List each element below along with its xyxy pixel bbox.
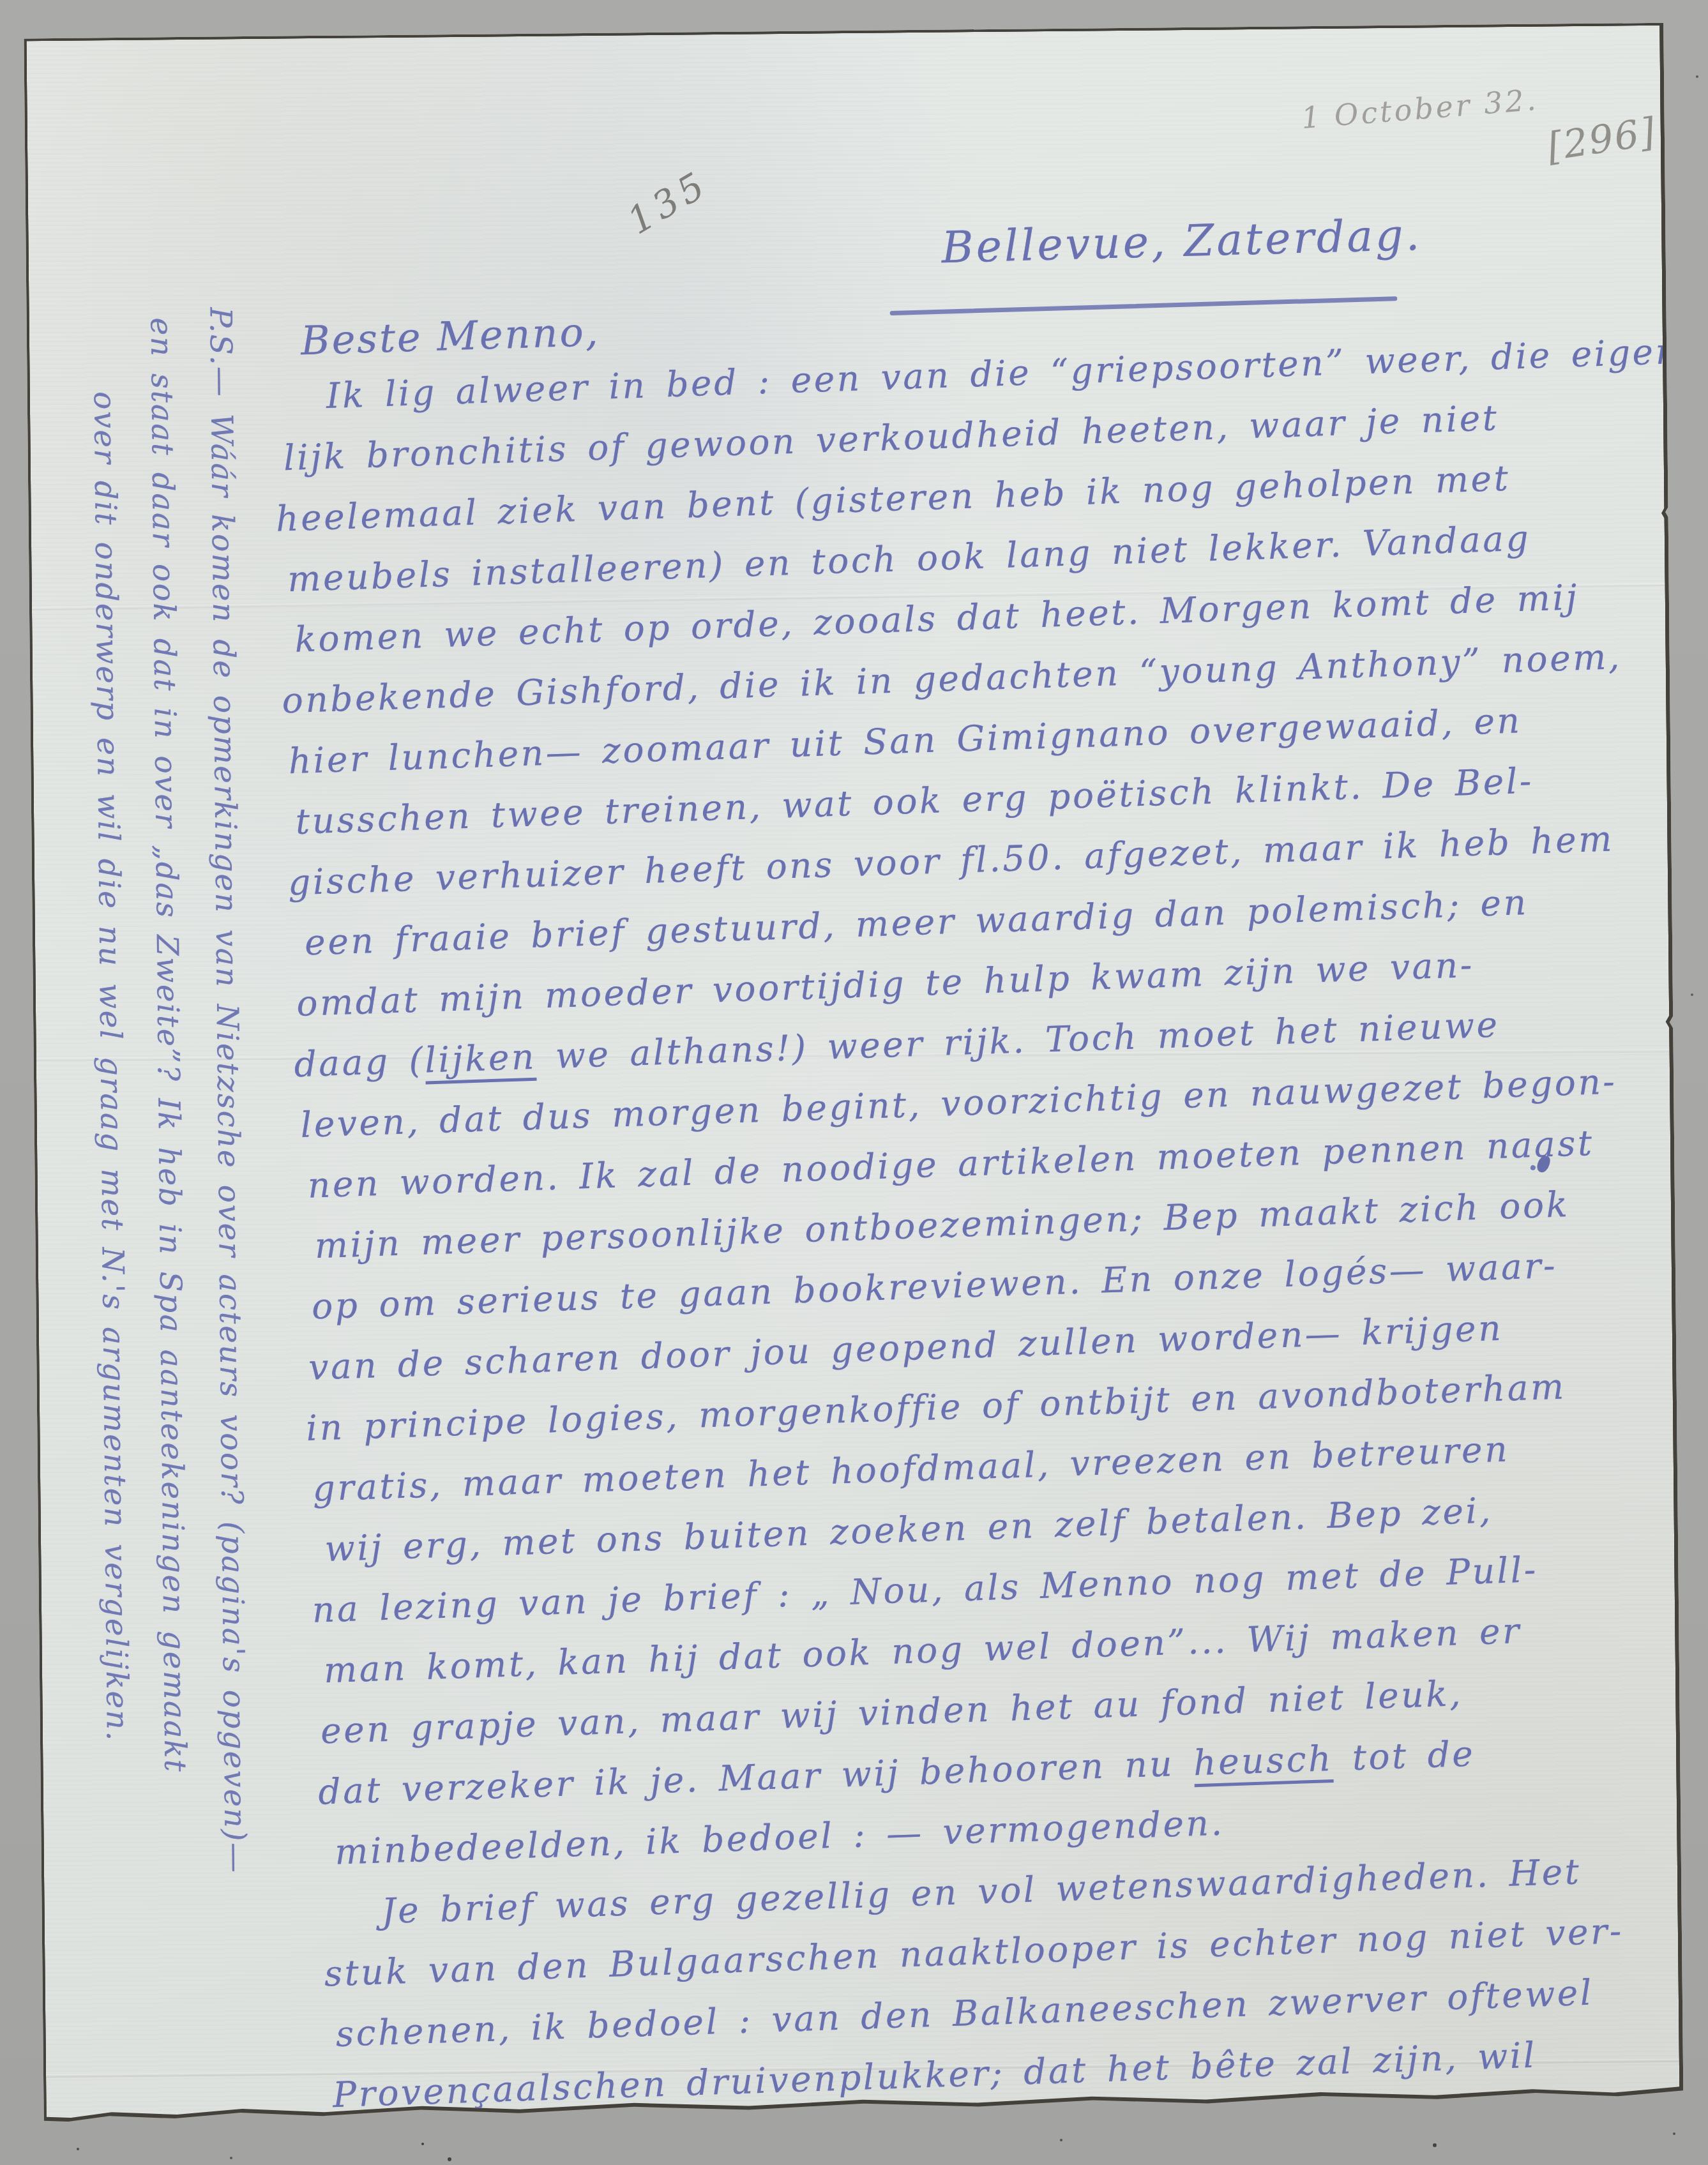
- underlined-word: lijken: [424, 1036, 537, 1085]
- pencil-archive-number: [296]: [1545, 109, 1659, 170]
- scan-dust-speckles: [421, 2143, 424, 2145]
- underlined-word: heusch: [1193, 1738, 1334, 1787]
- letter-heading: Bellevue, Zaterdag.: [941, 210, 1423, 273]
- pencil-date-annotation: 1 October 32.: [1300, 82, 1539, 135]
- scanner-background: 1 October 32. [296] 135 Bellevue, Zaterd…: [0, 0, 1708, 2165]
- heading-underline-stroke: [890, 296, 1398, 315]
- salutation: Beste Menno,: [300, 308, 600, 364]
- letter-page: 1 October 32. [296] 135 Bellevue, Zaterd…: [26, 26, 1679, 2121]
- pencil-folio-number: 135: [620, 162, 716, 243]
- letter-body: Ik lig alweer in bed : een van die “grie…: [275, 319, 1708, 2125]
